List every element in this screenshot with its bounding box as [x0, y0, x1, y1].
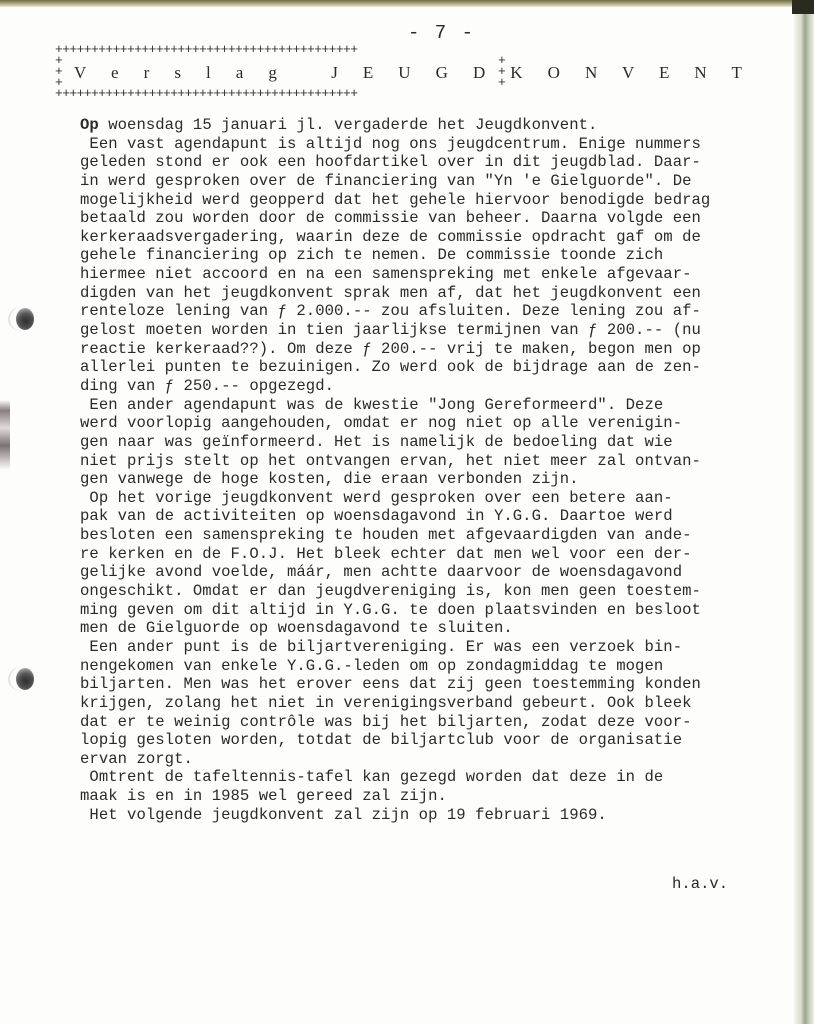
binder-clip-mark	[0, 400, 10, 470]
text-line: ongeschikt. Omdat er dan jeugdvereniging…	[80, 582, 780, 601]
text-line: ming geven om dit altijd in Y.G.G. te do…	[80, 601, 780, 620]
text-line: werd voorlopig aangehouden, omdat er nog…	[80, 414, 780, 433]
author-signature: h.a.v.	[672, 875, 728, 893]
scan-corner-shadow	[792, 0, 814, 14]
text-line: betaald zou worden door de commissie van…	[80, 209, 780, 228]
text-line: gehele financiering op zich te nemen. De…	[80, 246, 780, 265]
plus-border-top: ++++++++++++++++++++++++++++++++++++++++…	[55, 42, 357, 57]
text-line: krijgen, zolang het niet in verenigingsv…	[80, 694, 780, 713]
text-line: gelost moeten worden in tien jaarlijkse …	[80, 321, 780, 340]
text-line: nengekomen van enkele Y.G.G.-leden om op…	[80, 657, 780, 676]
text-line: Op woensdag 15 januari jl. vergaderde he…	[80, 116, 780, 135]
text-line: lopig gesloten worden, totdat de biljart…	[80, 731, 780, 750]
text-line: dat er te weinig contrôle was bij het bi…	[80, 713, 780, 732]
scan-right-edge	[794, 0, 814, 1024]
text-line: in werd gesproken over de financiering v…	[80, 172, 780, 191]
binder-hole-icon	[16, 308, 34, 330]
text-line: geleden stond er ook een hoofdartikel ov…	[80, 153, 780, 172]
text-line: reactie kerkeraad??). Om deze ƒ 200.-- v…	[80, 340, 780, 359]
text-line: gen naar was geïnformeerd. Het is nameli…	[80, 433, 780, 452]
text-line: gen vanwege de hoge kosten, die eraan ve…	[80, 470, 780, 489]
text-line: Het volgende jeugdkonvent zal zijn op 19…	[80, 806, 780, 825]
text-line: Op het vorige jeugdkonvent werd gesproke…	[80, 489, 780, 508]
text-line: maak is en in 1985 wel gereed zal zijn.	[80, 787, 780, 806]
text-line: digden van het jeugdkonvent sprak men af…	[80, 284, 780, 303]
text-line: men de Gielguorde op woensdagavond te sl…	[80, 619, 780, 638]
text-line: pak van de activiteiten op woensdagavond…	[80, 507, 780, 526]
text-line: allerlei punten te bezuinigen. Zo werd o…	[80, 358, 780, 377]
text-line: gelijke avond voelde, máár, men achtte d…	[80, 563, 780, 582]
binder-hole-icon	[16, 668, 34, 690]
report-body: Op woensdag 15 januari jl. vergaderde he…	[80, 116, 780, 824]
text-line: besloten een samenspreking te houden met…	[80, 526, 780, 545]
text-line: biljarten. Men was het erover eens dat z…	[80, 675, 780, 694]
text-line: Een ander agendapunt was de kwestie "Jon…	[80, 396, 780, 415]
text-line: kerkeraadsvergadering, waarin deze de co…	[80, 228, 780, 247]
text-line: mogelijkheid werd geopperd dat het gehel…	[80, 191, 780, 210]
text-line: ervan zorgt.	[80, 750, 780, 769]
text-line: Omtrent de tafeltennis-tafel kan gezegd …	[80, 768, 780, 787]
text-line: renteloze lening van ƒ 2.000.-- zou afsl…	[80, 302, 780, 321]
text-line: niet prijs stelt op het ontvangen ervan,…	[80, 452, 780, 471]
text-line: hiermee niet accoord en na een samenspre…	[80, 265, 780, 284]
text-line: re kerken en de F.O.J. Het bleek echter …	[80, 545, 780, 564]
text-line: ding van ƒ 250.-- opgezegd.	[80, 377, 780, 396]
page-number: - 7 -	[408, 22, 475, 44]
page-title: V e r s l a g J E U G D K O N V E N T	[74, 63, 752, 83]
scan-top-edge	[0, 0, 814, 7]
text-line: Een ander punt is de biljartvereniging. …	[80, 638, 780, 657]
text-line: Een vast agendapunt is altijd nog ons je…	[80, 135, 780, 154]
plus-border-bottom: ++++++++++++++++++++++++++++++++++++++++…	[55, 86, 357, 101]
